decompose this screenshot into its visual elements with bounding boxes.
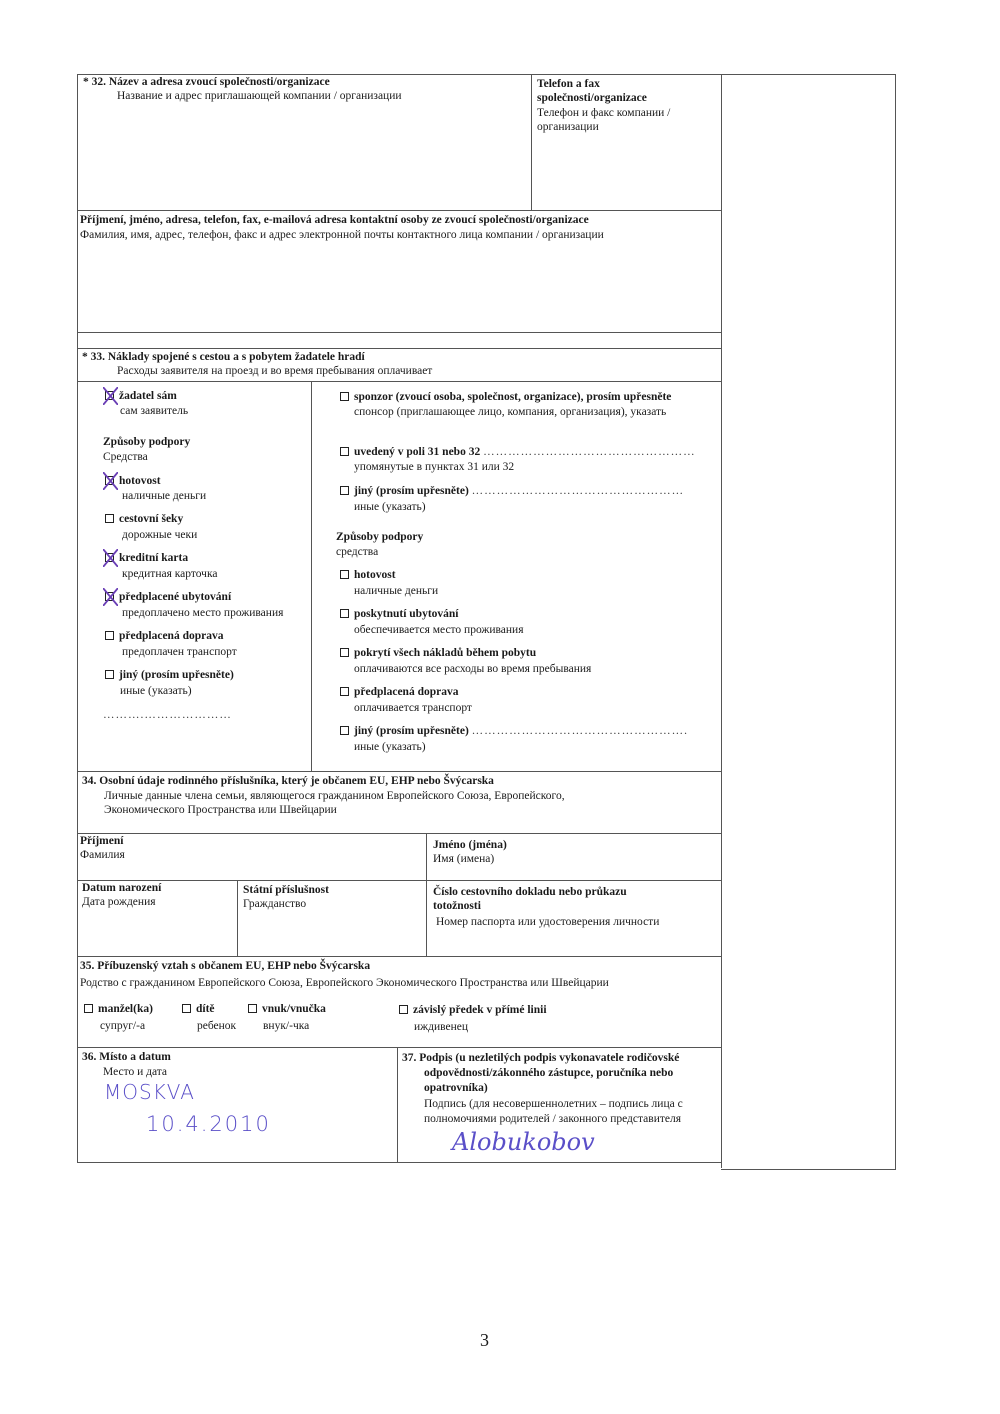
option-label: předplacená doprava: [119, 630, 223, 642]
other-left-input[interactable]: ……….…………………: [103, 708, 232, 722]
divider-32-end: [77, 332, 721, 333]
field36-title: 36. Místo a datum: [82, 1050, 171, 1064]
checkbox-icon[interactable]: [105, 514, 114, 523]
option-sub: внук/-чка: [263, 1019, 309, 1033]
checkbox-checked-icon[interactable]: [105, 391, 114, 400]
option-travellers-cheques[interactable]: cestovní šeky: [105, 512, 183, 526]
given-name-input[interactable]: [427, 866, 720, 879]
option-sub: сам заявитель: [120, 404, 188, 418]
means-sub-right: средства: [336, 545, 378, 559]
option-label: kreditní karta: [119, 552, 188, 564]
checkbox-checked-icon[interactable]: [105, 476, 114, 485]
field33-subtitle: Расходы заявителя на проезд и во время п…: [117, 364, 432, 378]
checkbox-icon[interactable]: [248, 1004, 257, 1013]
nationality-label: Státní příslušnost: [243, 883, 329, 897]
option-label: žadatel sám: [119, 390, 177, 402]
option-prepaid-transport[interactable]: předplacená doprava: [105, 629, 223, 643]
checkbox-icon[interactable]: [340, 570, 349, 579]
field33-title: * 33. Náklady spojené s cestou a s pobyt…: [82, 350, 365, 364]
option-label: předplacené ubytování: [119, 591, 231, 603]
option-label: sponzor (zvoucí osoba, společnost, organ…: [354, 391, 671, 403]
field32-phone-input[interactable]: [532, 136, 720, 209]
option-applicant[interactable]: žadatel sám: [105, 389, 177, 403]
dob-label: Datum narození: [82, 881, 161, 895]
option-credit-card[interactable]: kreditní karta: [105, 551, 188, 565]
other-sponsor-input[interactable]: ……………………………………………: [472, 485, 685, 497]
nationality-input[interactable]: [238, 912, 425, 955]
option-sponsor[interactable]: sponzor (zvoucí osoba, společnost, organ…: [340, 390, 671, 404]
form-border-left: [77, 74, 78, 1162]
option-label: předplacená doprava: [354, 686, 458, 698]
form-border-bottom-left: [77, 1162, 721, 1163]
sponsor-other-input[interactable]: …………………………………………….: [472, 725, 688, 737]
page-number: 3: [480, 1330, 489, 1351]
column-divider: [721, 74, 722, 1168]
checkbox-icon[interactable]: [182, 1004, 191, 1013]
form-border-right: [895, 74, 896, 1170]
nationality-sub: Гражданство: [243, 897, 306, 911]
checkbox-checked-icon[interactable]: [105, 592, 114, 601]
field32-contact-title: Příjmení, jméno, adresa, telefon, fax, e…: [80, 213, 589, 227]
field32-contact-input[interactable]: [78, 244, 720, 331]
checkbox-checked-icon[interactable]: [105, 553, 114, 562]
option-sub: обеспечивается место проживания: [354, 623, 524, 637]
option-sponsor-prepaid-transport[interactable]: předplacená doprava: [340, 685, 458, 699]
field32-phone-sub-1: Телефон и факс компании /: [537, 106, 670, 120]
checkbox-icon[interactable]: [84, 1004, 93, 1013]
form-border-bottom-right: [721, 1169, 895, 1170]
checkbox-icon[interactable]: [340, 609, 349, 618]
field35-sub: Родство с гражданином Европейского Союза…: [80, 976, 609, 990]
field37-title-3: opatrovníka): [424, 1081, 488, 1095]
option-label: jiný (prosím upřesněte): [354, 485, 469, 497]
date-input[interactable]: 10.4.2010: [146, 1112, 271, 1136]
checkbox-icon[interactable]: [340, 687, 349, 696]
option-label: jiný (prosím upřesněte): [119, 669, 234, 681]
mentioned-input[interactable]: ……………………………………………: [483, 446, 696, 458]
option-sub: ребенок: [197, 1019, 236, 1033]
option-label: poskytnutí ubytování: [354, 608, 459, 620]
docnum-label-2: totožnosti: [433, 899, 481, 913]
option-label: hotovost: [354, 569, 396, 581]
field37-title-1: 37. Podpis (u nezletilých podpis vykonav…: [402, 1051, 679, 1065]
option-label: dítě: [196, 1003, 215, 1015]
field32-subtitle: Название и адрес приглашающей компании /…: [117, 89, 402, 103]
option-sub: упомянутые в пунктах 31 или 32: [354, 460, 514, 474]
option-child[interactable]: dítě: [182, 1002, 215, 1016]
checkbox-icon[interactable]: [340, 648, 349, 657]
option-sponsor-cash[interactable]: hotovost: [340, 568, 396, 582]
option-label: uvedený v poli 31 nebo 32: [354, 446, 480, 458]
field37-sub-2: полномочиями родителей / законного предс…: [424, 1112, 681, 1126]
dob-sub: Дата рождения: [82, 895, 156, 909]
option-dependent-ascendant[interactable]: závislý předek v přímé linii: [399, 1003, 547, 1017]
divider-33-sub: [77, 381, 721, 382]
divider-34-row2: [77, 880, 721, 881]
divider-36-37: [397, 1047, 398, 1162]
option-sub: наличные деньги: [122, 489, 206, 503]
place-input[interactable]: MOSKVA: [104, 1080, 195, 1104]
option-label: závislý předek v přímé linii: [413, 1004, 547, 1016]
given-name-label: Jméno (jména): [433, 838, 507, 852]
signature-input[interactable]: Alobukobov: [452, 1128, 595, 1156]
checkbox-icon[interactable]: [340, 486, 349, 495]
option-grandchild[interactable]: vnuk/vnučka: [248, 1002, 326, 1016]
docnum-label-1: Číslo cestovního dokladu nebo průkazu: [433, 885, 627, 899]
option-sub: наличные деньги: [354, 584, 438, 598]
option-sub: иные (указать): [354, 740, 426, 754]
divider-36-start: [77, 1047, 721, 1048]
option-sponsor-other[interactable]: jiný (prosím upřesněte) ……………………………………………: [340, 724, 688, 738]
option-sub: оплачивается транспорт: [354, 701, 472, 715]
option-sub: иные (указать): [354, 500, 426, 514]
surname-input[interactable]: [78, 862, 425, 879]
divider-34-start: [77, 771, 721, 772]
option-other-sponsor[interactable]: jiný (prosím upřesněte) ……………………………………………: [340, 484, 684, 498]
field32-name-address-input[interactable]: [78, 106, 530, 209]
checkbox-icon[interactable]: [399, 1005, 408, 1014]
field32-contact-sub: Фамилия, имя, адрес, телефон, факс и адр…: [80, 228, 604, 242]
option-sub: кредитная карточка: [122, 567, 218, 581]
field36-sub: Место и дата: [103, 1065, 167, 1079]
checkbox-icon[interactable]: [105, 670, 114, 679]
surname-label: Příjmení: [80, 834, 123, 848]
option-mentioned[interactable]: uvedený v poli 31 nebo 32 ………………………………………: [340, 445, 696, 459]
field34-sub2: Экономического Пространства или Швейцари…: [104, 803, 337, 817]
checkbox-icon[interactable]: [105, 631, 114, 640]
option-spouse[interactable]: manžel(ka): [84, 1002, 153, 1016]
means-title-right: Způsoby podpory: [336, 530, 423, 544]
option-all-expenses-covered[interactable]: pokrytí všech nákladů během pobytu: [340, 646, 536, 660]
divider-33-mid: [311, 381, 312, 771]
given-name-sub: Имя (имена): [433, 852, 494, 866]
surname-sub: Фамилия: [80, 848, 125, 862]
docnum-sub: Номер паспорта или удостоверения личност…: [436, 915, 659, 929]
option-accommodation-provided[interactable]: poskytnutí ubytování: [340, 607, 459, 621]
option-sub: супруг/-а: [100, 1019, 145, 1033]
option-label: cestovní šeky: [119, 513, 183, 525]
option-sub: дорожные чеки: [122, 528, 197, 542]
option-cash[interactable]: hotovost: [105, 474, 161, 488]
option-prepaid-accommodation[interactable]: předplacené ubytování: [105, 590, 231, 604]
option-label: hotovost: [119, 475, 161, 487]
dob-input[interactable]: [78, 910, 236, 955]
option-sub: иждивенец: [414, 1020, 468, 1034]
option-label: jiný (prosím upřesněte): [354, 725, 469, 737]
divider-34-names: [77, 833, 721, 834]
option-sub: иные (указать): [120, 684, 192, 698]
means-title-left: Způsoby podpory: [103, 435, 190, 449]
checkbox-icon[interactable]: [340, 726, 349, 735]
field34-title: 34. Osobní údaje rodinného příslušníka, …: [82, 774, 494, 788]
divider-32-contact: [77, 210, 721, 211]
docnum-input[interactable]: [427, 930, 720, 955]
field32-phone-title-1: Telefon a fax: [537, 77, 600, 91]
field37-title-2: odpovědnosti/zákonného zástupce, poruční…: [424, 1066, 673, 1080]
option-sub: спонсор (приглашающее лицо, компания, ор…: [354, 405, 666, 419]
field37-sub-1: Подпись (для несовершеннолетних – подпис…: [424, 1097, 683, 1111]
divider-33-start: [77, 348, 721, 349]
checkbox-icon[interactable]: [340, 447, 349, 456]
checkbox-icon[interactable]: [340, 392, 349, 401]
option-label: vnuk/vnučka: [262, 1003, 326, 1015]
field32-phone-sub-2: организации: [537, 120, 599, 134]
field34-sub1: Личные данные члена семьи, являющегося г…: [104, 789, 565, 803]
means-sub-left: Средства: [103, 450, 148, 464]
option-sub: предоплачено место проживания: [122, 606, 283, 620]
option-sub: предоплачен транспорт: [122, 645, 237, 659]
field35-title: 35. Příbuzenský vztah s občanem EU, EHP …: [80, 959, 370, 973]
option-label: manžel(ka): [98, 1003, 153, 1015]
field32-title: * 32. Název a adresa zvoucí společnosti/…: [83, 75, 330, 89]
divider-35-start: [77, 956, 721, 957]
field32-phone-title-2: společnosti/organizace: [537, 91, 647, 105]
option-sub: оплачиваются все расходы во время пребыв…: [354, 662, 591, 676]
option-other-left[interactable]: jiný (prosím upřesněte): [105, 668, 234, 682]
option-label: pokrytí všech nákladů během pobytu: [354, 647, 536, 659]
